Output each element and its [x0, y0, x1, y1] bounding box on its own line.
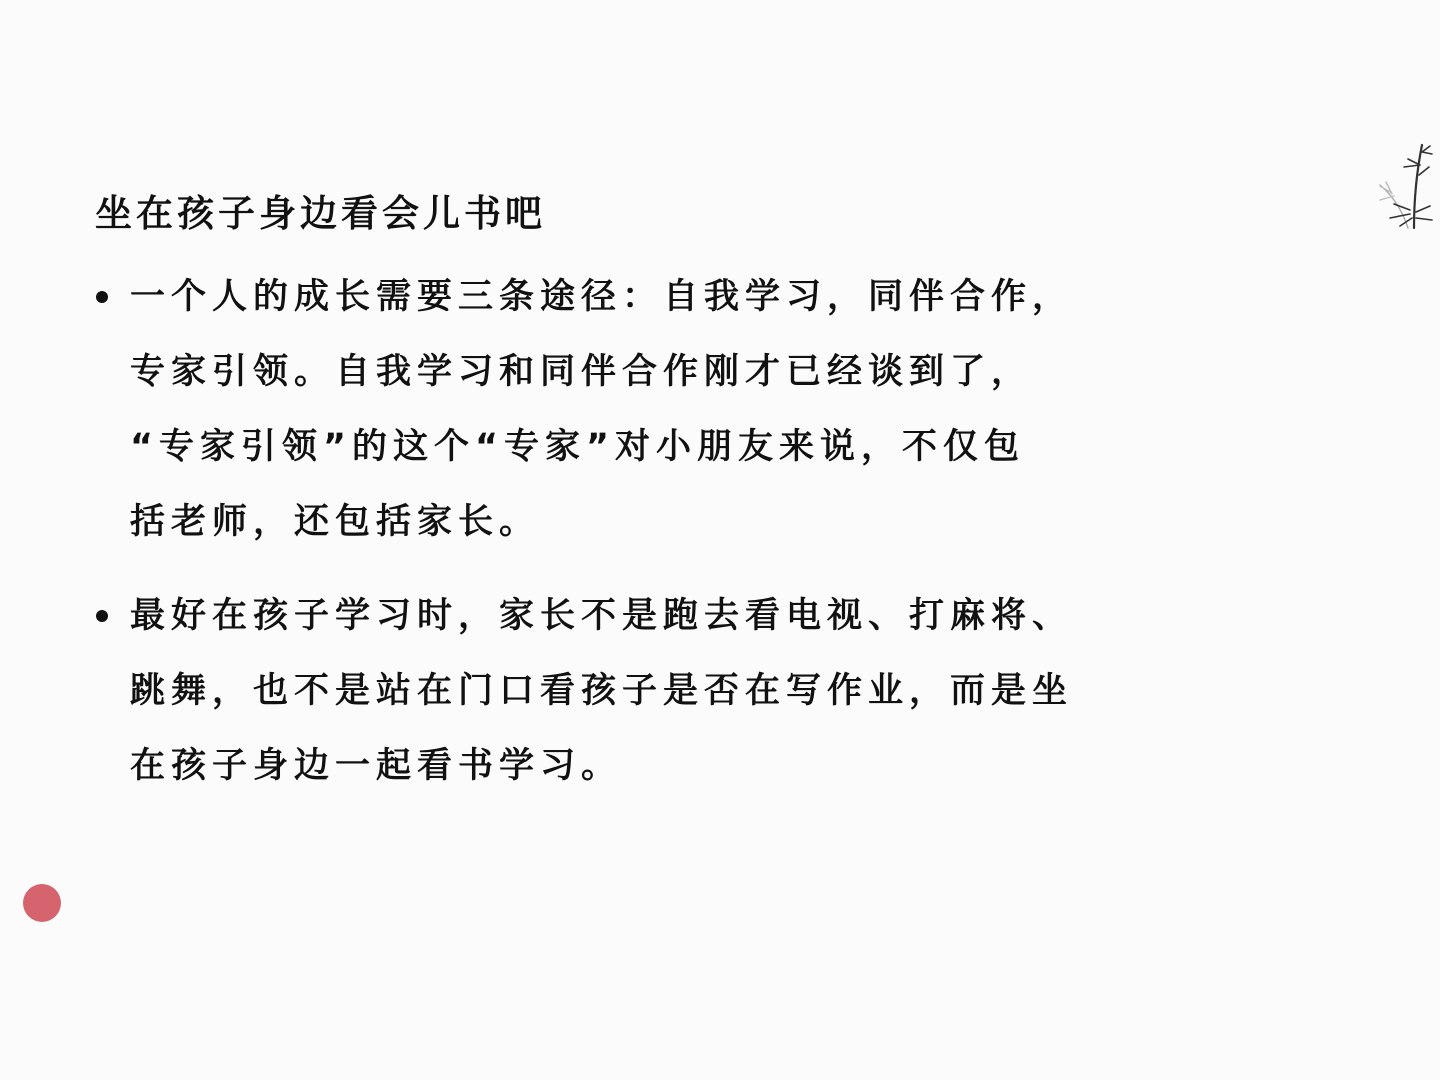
bullet-text: 一个人的成长需要三条途径：自我学习，同伴合作， 专家引领。自我学习和同伴合作刚才… [130, 260, 1322, 560]
red-dot-decoration-icon [23, 884, 61, 922]
bullet-item: 最好在孩子学习时，家长不是跑去看电视、打麻将、 跳舞，也不是站在门口看孩子是否在… [92, 579, 1322, 804]
bullet-list: 一个人的成长需要三条途径：自我学习，同伴合作， 专家引领。自我学习和同伴合作刚才… [92, 260, 1322, 804]
bullet-line: 最好在孩子学习时，家长不是跑去看电视、打麻将、 [130, 579, 1322, 654]
slide-title: 坐在孩子身边看会儿书吧 [95, 190, 546, 238]
bullet-line: 一个人的成长需要三条途径：自我学习，同伴合作， [130, 260, 1322, 335]
bullet-text: 最好在孩子学习时，家长不是跑去看电视、打麻将、 跳舞，也不是站在门口看孩子是否在… [130, 579, 1322, 804]
bullet-line: “专家引领”的这个“专家”对小朋友来说，不仅包 [130, 410, 1322, 485]
bullet-line: 括老师，还包括家长。 [130, 485, 1322, 560]
bullet-line: 在孩子身边一起看书学习。 [130, 729, 1322, 804]
slide: 坐在孩子身边看会儿书吧 一个人的成长需要三条途径：自我学习，同伴合作， 专家引领… [0, 0, 1440, 1080]
bullet-line: 专家引领。自我学习和同伴合作刚才已经谈到了， [130, 335, 1322, 410]
bullet-line: 跳舞，也不是站在门口看孩子是否在写作业，而是坐 [130, 654, 1322, 729]
bamboo-icon [1370, 140, 1440, 230]
bullet-dot-icon [96, 610, 108, 622]
bullet-dot-icon [96, 291, 108, 303]
bullet-item: 一个人的成长需要三条途径：自我学习，同伴合作， 专家引领。自我学习和同伴合作刚才… [92, 260, 1322, 560]
